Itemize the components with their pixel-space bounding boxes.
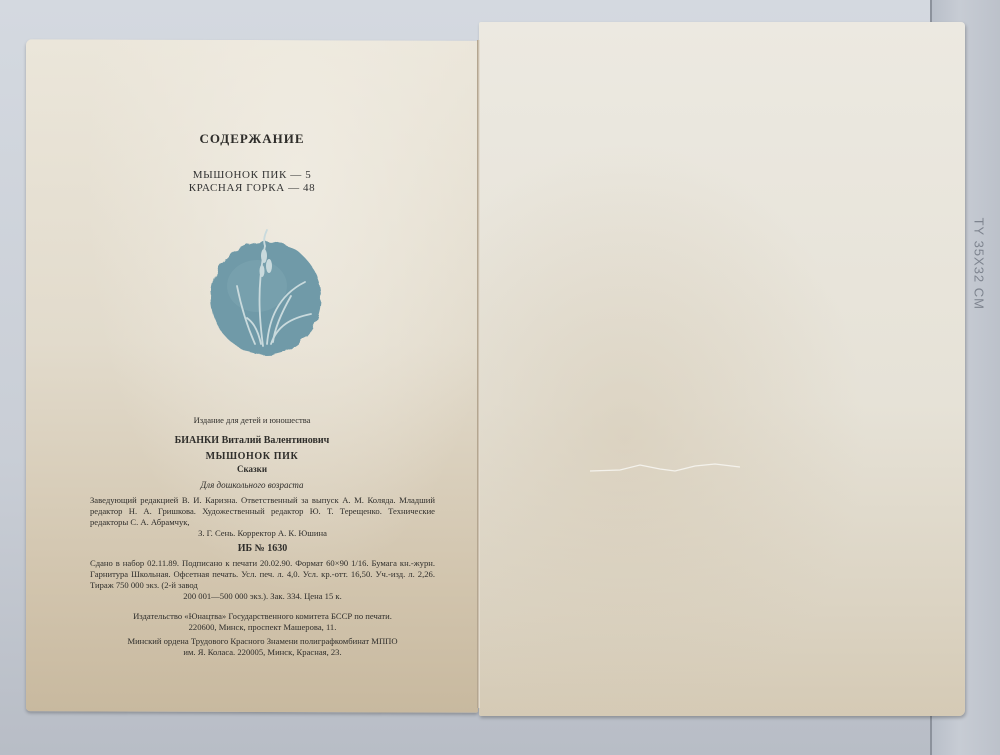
publisher-info: Издательство «Юнацтва» Государственного …: [90, 611, 435, 633]
printer-name: Минский ордена Трудового Красного Знамен…: [90, 636, 435, 647]
editorial-staff: Заведующий редакцией В. И. Каризна. Отве…: [90, 495, 435, 539]
print-details: Сдано в набор 02.11.89. Подписано к печа…: [90, 558, 435, 602]
ruler-label: TY 35X32 CM: [971, 218, 986, 310]
printer-address: им. Я. Коласа. 220005, Минск, Красная, 2…: [90, 647, 435, 658]
toc-title: СОДЕРЖАНИЕ: [26, 131, 478, 147]
print-details-last: 200 001—500 000 экз.). Зак. 334. Цена 15…: [90, 591, 435, 602]
ib-number: ИБ № 1630: [90, 543, 435, 554]
author-name: БИАНКИ Виталий Валентинович: [26, 435, 478, 446]
right-page: [479, 22, 965, 716]
toc-item: МЫШОНОК ПИК — 5: [26, 169, 478, 181]
edition-note: Издание для детей и юношества: [26, 415, 478, 425]
toc-item: КРАСНАЯ ГОРКА — 48: [26, 182, 478, 194]
publisher-name: Издательство «Юнацтва» Государственного …: [90, 611, 435, 622]
reed-vignette-illustration: [207, 226, 325, 356]
book-title: МЫШОНОК ПИК: [26, 451, 478, 462]
publisher-address: 220600, Минск, проспект Машерова, 11.: [90, 622, 435, 633]
paper-crease: [590, 462, 740, 474]
editorial-staff-last: З. Г. Сень. Корректор А. К. Юшина: [90, 528, 435, 539]
age-group: Для дошкольного возраста: [26, 480, 478, 490]
printer-info: Минский ордена Трудового Красного Знамен…: [90, 636, 435, 658]
print-details-text: Сдано в набор 02.11.89. Подписано к печа…: [90, 558, 435, 590]
left-page-content: СОДЕРЖАНИЕ МЫШОНОК ПИК — 5 КРАСНАЯ ГОРКА…: [26, 40, 478, 712]
genre-label: Сказки: [26, 464, 478, 474]
editorial-staff-text: Заведующий редакцией В. И. Каризна. Отве…: [90, 495, 435, 527]
